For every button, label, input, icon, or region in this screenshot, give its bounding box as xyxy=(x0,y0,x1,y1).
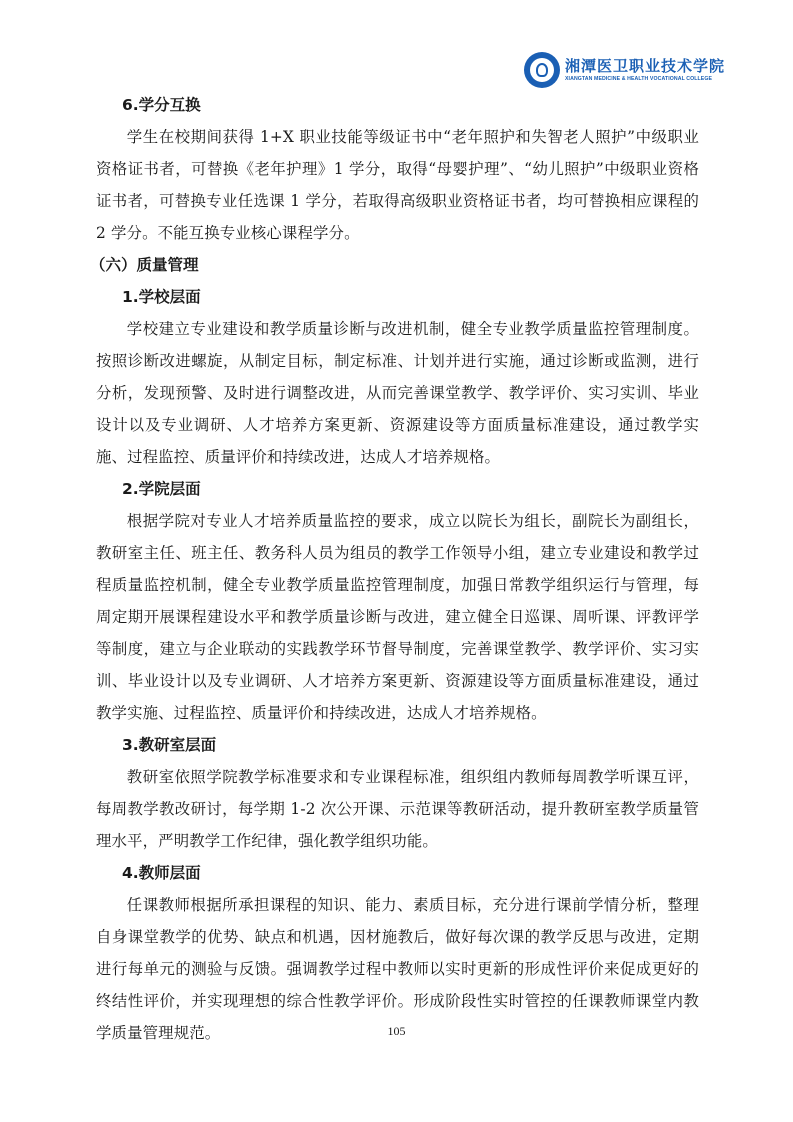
college-logo: 湘潭医卫职业技术学院 XIANGTAN MEDICINE & HEALTH VO… xyxy=(524,50,714,90)
logo-chinese-name: 湘潭医卫职业技术学院 xyxy=(565,57,725,75)
heading-quality-management: （六）质量管理 xyxy=(90,249,699,281)
heading-credit-exchange: 6.学分互换 xyxy=(96,89,699,121)
paragraph-school-level: 学校建立专业建设和教学质量诊断与改进机制，健全专业教学质量监控管理制度。按照诊断… xyxy=(96,313,699,473)
logo-text: 湘潭医卫职业技术学院 XIANGTAN MEDICINE & HEALTH VO… xyxy=(565,57,725,83)
logo-english-name: XIANGTAN MEDICINE & HEALTH VOCATIONAL CO… xyxy=(565,75,725,83)
paragraph-college-level: 根据学院对专业人才培养质量监控的要求，成立以院长为组长，副院长为副组长，教研室主… xyxy=(96,505,699,729)
page-number: 105 xyxy=(0,1024,793,1039)
document-body: 6.学分互换 学生在校期间获得 1+X 职业技能等级证书中“老年照护和失智老人照… xyxy=(96,89,699,1049)
paragraph-department-level: 教研室依照学院教学标准要求和专业课程标准，组织组内教师每周教学听课互评，每周教学… xyxy=(96,761,699,857)
college-emblem-icon xyxy=(524,52,560,88)
heading-school-level: 1.学校层面 xyxy=(96,281,699,313)
heading-college-level: 2.学院层面 xyxy=(96,473,699,505)
heading-teacher-level: 4.教师层面 xyxy=(96,857,699,889)
paragraph-credit-exchange: 学生在校期间获得 1+X 职业技能等级证书中“老年照护和失智老人照护”中级职业资… xyxy=(96,121,699,249)
heading-department-level: 3.教研室层面 xyxy=(96,729,699,761)
